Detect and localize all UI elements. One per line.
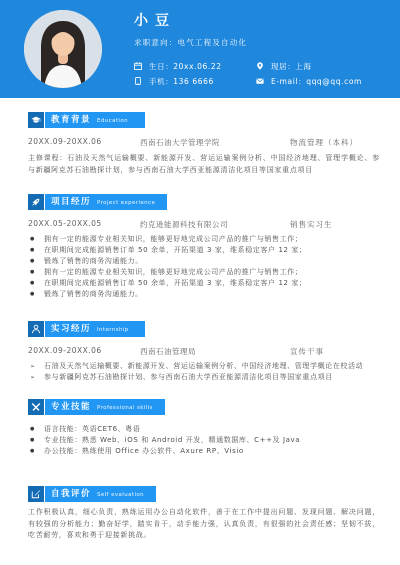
contact-birthday-label: 生日：20xx.06.22 [149,61,222,72]
list-item: ➢参与新疆阿克苏石油勘探计划、参与西南石油大学西亚能源清洁化项目等国家重点项目 [28,372,380,383]
section-skills: 专业技能 Professional skills ●语言技能：英语CET6、粤语… [28,399,380,457]
education-courses: 主修课程：石油及天然气运输概要、新能源开发、营运运输案例分析、中国经济地理、管理… [28,153,380,176]
internship-bullet-text: 石油及天然气运输概要、新能源开发、营运运输案例分析、中国经济地理、管理学概论在校… [44,361,363,372]
list-item: ●专业技能：熟悉 Web、iOS 和 Android 开发，精通数据库、C++及… [28,435,380,446]
list-item: ●拥有一定的能源专业相关知识，能够更好地完成公司产品的推广与销售工作； [28,267,380,278]
education-title-zh: 教育背景 [51,112,91,128]
project-title-en: Project experience [97,195,155,211]
bullet-marker: ● [28,435,44,446]
internship-title-en: Internship [97,322,129,338]
bullet-marker: ● [28,278,44,289]
arrow-marker: ➢ [28,372,44,383]
location-icon [256,62,264,70]
project-role: 销售实习生 [290,219,380,230]
bullet-marker: ● [28,234,44,245]
internship-date: 20XX.09-20XX.06 [28,346,140,357]
contact-email: E-mail：qqq@qq.com [256,76,400,87]
project-company: 约克逊能源科技有限公司 [140,219,290,230]
internship-bullet-list: ➢石油及天然气运输概要、新能源开发、营运运输案例分析、中国经济地理、管理学概论在… [28,361,380,383]
internship-title-zh: 实习经历 [51,321,91,337]
graduation-cap-icon [28,112,44,128]
project-title-zh: 项目经历 [51,194,91,210]
skills-bullet-text: 专业技能：熟悉 Web、iOS 和 Android 开发，精通数据库、C++及 … [44,435,300,446]
education-major: 物流管理（本科） [290,137,380,148]
project-bullet-text: 拥有一定的能源专业相关知识，能够更好地完成公司产品的推广与销售工作； [44,234,302,245]
edit-pencil-icon [28,486,44,502]
bullet-marker: ● [28,245,44,256]
skills-bullet-text: 语言技能：英语CET6、粤语 [44,424,140,435]
internship-org: 西南石油管理局 [140,346,290,357]
bullet-marker: ● [28,256,44,267]
section-selfeval: 自我评价 Self evaluation 工作积极认真，细心负责，熟练运用办公自… [28,486,380,542]
list-item: ●办公技能：熟练使用 Office 办公软件、Axure RP、Visio [28,446,380,457]
skills-header: 专业技能 Professional skills [28,399,380,415]
selfeval-text: 工作积极认真，细心负责，熟练运用办公自动化软件，善于在工作中提出问题、发现问题、… [28,507,380,542]
section-project: 项目经历 Project experience 20XX.05-20XX.05 … [28,194,380,300]
project-entry: 20XX.05-20XX.05 约克逊能源科技有限公司 销售实习生 [28,219,380,230]
list-item: ●锻炼了销售的商务沟通能力。 [28,289,380,300]
resume-header: 小豆 求职意向：电气工程及自动化 生日：20xx.06.22 现居：上海 [0,0,400,98]
section-education: 教育背景 Education 20XX.09-20XX.06 西南石油大学管理学… [28,112,380,176]
portrait-illustration [24,10,102,88]
selfeval-title-en: Self evaluation [97,487,144,503]
list-item: ➢石油及天然气运输概要、新能源开发、营运运输案例分析、中国经济地理、管理学概论在… [28,361,380,372]
internship-role: 宣传干事 [290,346,380,357]
internship-header: 实习经历 Internship [28,321,380,337]
crossed-tools-icon [28,399,44,415]
avatar [24,10,102,88]
skills-bullet-text: 办公技能：熟练使用 Office 办公软件、Axure RP、Visio [44,446,244,457]
list-item: ●语言技能：英语CET6、粤语 [28,424,380,435]
skills-bullet-list: ●语言技能：英语CET6、粤语 ●专业技能：熟悉 Web、iOS 和 Andro… [28,424,380,457]
project-bullet-text: 在职期间完成能源销售订单 50 余单，开拓渠道 3 家，维系稳定客户 12 家； [44,278,307,289]
bullet-marker: ● [28,446,44,457]
contact-location-label: 现居：上海 [271,61,312,72]
skills-title-en: Professional skills [97,400,153,416]
phone-icon [134,77,142,85]
contact-location: 现居：上海 [256,61,400,72]
skills-title-zh: 专业技能 [51,399,91,415]
skills-title-bar: 专业技能 Professional skills [45,399,165,415]
education-title-bar: 教育背景 Education [45,112,145,128]
contact-phone: 手机：136 6666 [134,76,256,87]
education-header: 教育背景 Education [28,112,380,128]
list-item: ●锻炼了销售的商务沟通能力。 [28,256,380,267]
candidate-name: 小豆 [134,10,400,30]
bullet-marker: ● [28,289,44,300]
resume-page: 小豆 求职意向：电气工程及自动化 生日：20xx.06.22 现居：上海 [0,0,400,565]
job-intention: 求职意向：电气工程及自动化 [134,37,400,48]
education-date: 20XX.09-20XX.06 [28,137,140,148]
education-entry: 20XX.09-20XX.06 西南石油大学管理学院 物流管理（本科） [28,137,380,148]
contact-grid: 生日：20xx.06.22 现居：上海 手机：136 6666 [134,59,400,89]
project-title-bar: 项目经历 Project experience [45,194,167,210]
internship-bullet-text: 参与新疆阿克苏石油勘探计划、参与西南石油大学西亚能源清洁化项目等国家重点项目 [44,372,333,383]
education-school: 西南石油大学管理学院 [140,137,290,148]
arrow-marker: ➢ [28,361,44,372]
bullet-marker: ● [28,267,44,278]
internship-title-bar: 实习经历 Internship [45,321,145,337]
education-title-en: Education [97,113,128,129]
section-internship: 实习经历 Internship 20XX.09-20XX.06 西南石油管理局 … [28,321,380,383]
contact-birthday: 生日：20xx.06.22 [134,61,256,72]
project-bullet-text: 在职期间完成能源销售订单 50 余单，开拓渠道 3 家，维系稳定客户 12 家； [44,245,307,256]
project-bullet-text: 锻炼了销售的商务沟通能力。 [44,256,143,267]
list-item: ●拥有一定的能源专业相关知识，能够更好地完成公司产品的推广与销售工作； [28,234,380,245]
project-bullet-text: 拥有一定的能源专业相关知识，能够更好地完成公司产品的推广与销售工作； [44,267,302,278]
selfeval-header: 自我评价 Self evaluation [28,486,380,502]
contact-phone-label: 手机：136 6666 [149,76,214,87]
internship-entry: 20XX.09-20XX.06 西南石油管理局 宣传干事 [28,346,380,357]
bullet-marker: ● [28,424,44,435]
project-date: 20XX.05-20XX.05 [28,219,140,230]
contact-email-label: E-mail：qqq@qq.com [271,76,362,87]
header-text: 小豆 求职意向：电气工程及自动化 生日：20xx.06.22 现居：上海 [134,10,400,89]
list-item: ●在职期间完成能源销售订单 50 余单，开拓渠道 3 家，维系稳定客户 12 家… [28,245,380,256]
rocket-icon [28,194,44,210]
email-icon [256,77,264,85]
calendar-icon [134,62,142,70]
person-icon [28,321,44,337]
selfeval-title-bar: 自我评价 Self evaluation [45,486,156,502]
project-header: 项目经历 Project experience [28,194,380,210]
selfeval-title-zh: 自我评价 [51,486,91,502]
project-bullet-text: 锻炼了销售的商务沟通能力。 [44,289,143,300]
list-item: ●在职期间完成能源销售订单 50 余单，开拓渠道 3 家，维系稳定客户 12 家… [28,278,380,289]
project-bullet-list: ●拥有一定的能源专业相关知识，能够更好地完成公司产品的推广与销售工作； ●在职期… [28,234,380,300]
